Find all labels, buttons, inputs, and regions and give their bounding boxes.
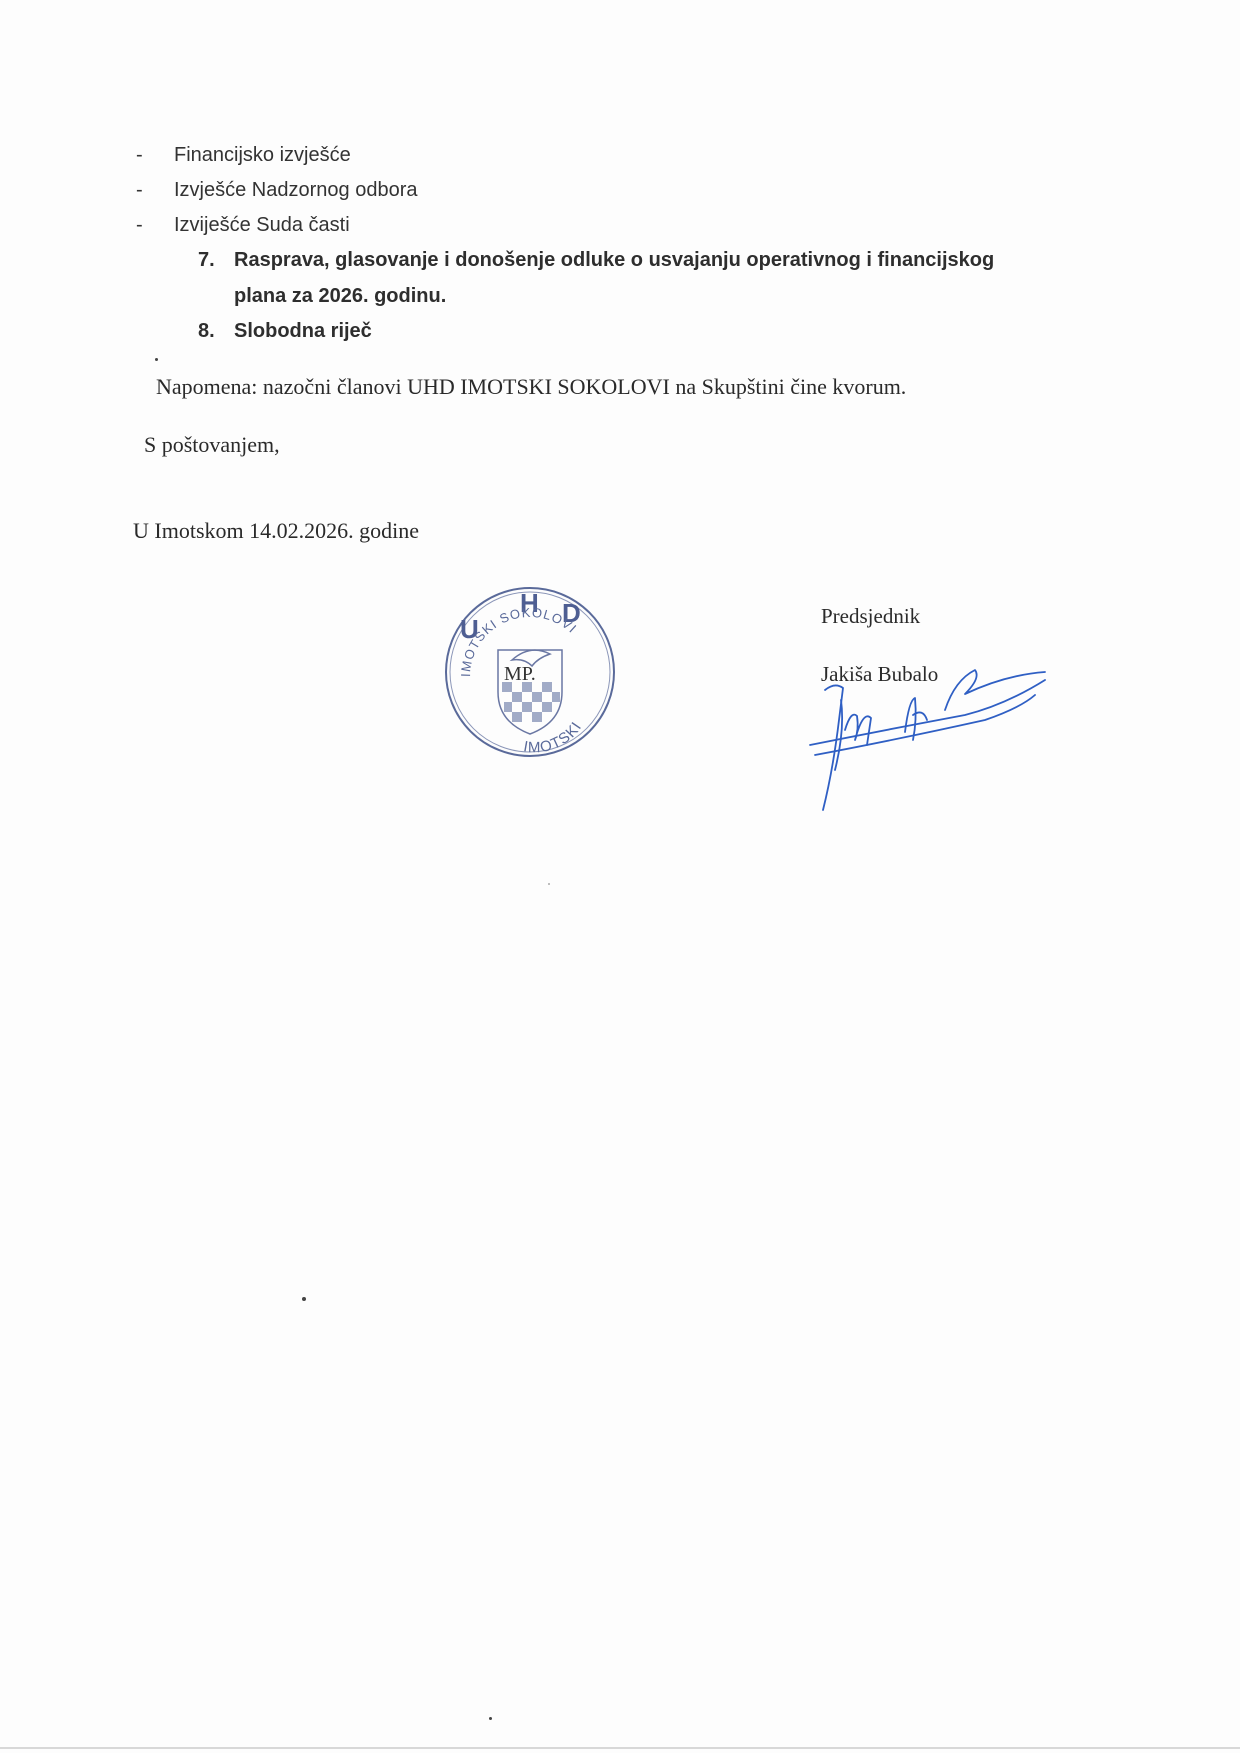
stamp-mp-text: MP. xyxy=(504,663,536,685)
agenda-item-7-continued: plana za 2026. godinu. xyxy=(234,285,446,308)
official-stamp: U H D IMOTSKI SOKOLOVI IMOTSKI MP. xyxy=(440,582,620,762)
closing-salutation: S poštovanjem, xyxy=(144,432,280,458)
agenda-item-7: 7. Rasprava, glasovanje i donošenje odlu… xyxy=(198,249,994,272)
svg-text:IMOTSKI: IMOTSKI xyxy=(522,719,585,757)
bullet-text: Financijsko izvješće xyxy=(174,144,351,167)
item-number: 7. xyxy=(198,249,234,272)
bullet-dash: - xyxy=(136,214,174,237)
bullet-text: Izvješće Nadzornog odbora xyxy=(174,179,417,202)
bullet-item: - Izviješće Suda časti xyxy=(136,214,350,237)
scan-speck xyxy=(155,358,158,361)
place-and-date: U Imotskom 14.02.2026. godine xyxy=(133,518,419,544)
scan-speck xyxy=(302,1297,306,1301)
document-page: - Financijsko izvješće - Izvješće Nadzor… xyxy=(0,0,1240,1753)
stamp-seal-icon: U H D IMOTSKI SOKOLOVI IMOTSKI MP. xyxy=(440,582,620,762)
agenda-item-8: 8. Slobodna riječ xyxy=(198,320,372,343)
item-number: 8. xyxy=(198,320,234,343)
scan-speck xyxy=(548,883,550,885)
page-edge xyxy=(0,1747,1240,1749)
item-text: Slobodna riječ xyxy=(234,320,372,343)
item-text: Rasprava, glasovanje i donošenje odluke … xyxy=(234,249,994,272)
quorum-note: Napomena: nazočni članovi UHD IMOTSKI SO… xyxy=(156,374,906,400)
bullet-item: - Financijsko izvješće xyxy=(136,144,351,167)
stamp-bottom-text: IMOTSKI xyxy=(522,719,585,757)
bullet-dash: - xyxy=(136,144,174,167)
scan-speck xyxy=(489,1717,492,1720)
handwritten-signature xyxy=(805,660,1055,830)
bullet-item: - Izvješće Nadzornog odbora xyxy=(136,179,417,202)
bullet-dash: - xyxy=(136,179,174,202)
bullet-text: Izviješće Suda časti xyxy=(174,214,350,237)
signature-scribble-icon xyxy=(805,660,1055,830)
signatory-title: Predsjednik xyxy=(821,604,920,629)
